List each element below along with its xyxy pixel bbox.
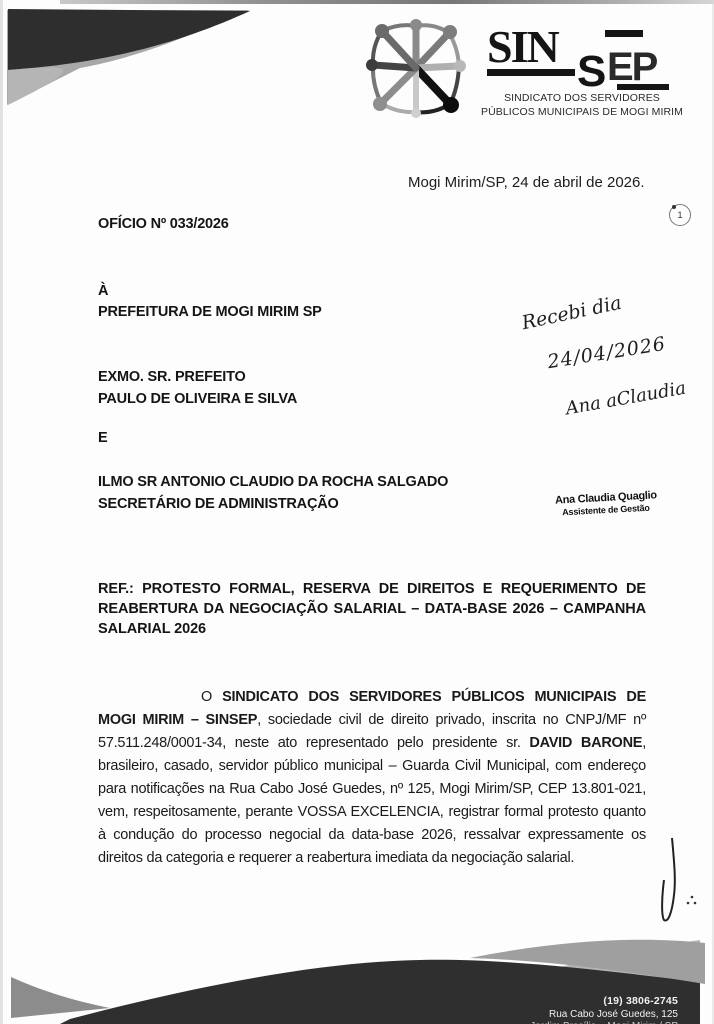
body-part-2: , brasileiro, casado, servidor público m… bbox=[98, 735, 646, 866]
svg-text:EP: EP bbox=[607, 45, 658, 89]
reference-line-3: SALARIAL 2026 bbox=[98, 619, 646, 639]
svg-text:S: S bbox=[577, 47, 605, 92]
handwritten-line-1: Recebi dia bbox=[520, 292, 624, 335]
brand-subtitle: SINDICATO DOS SERVIDORES PÚBLICOS MUNICI… bbox=[476, 91, 688, 119]
handwritten-signature: Ana aClaudia bbox=[564, 378, 687, 420]
header-corner-decoration bbox=[0, 0, 360, 140]
reference-line-1: REF.: PROTESTO FORMAL, RESERVA DE DIREIT… bbox=[98, 579, 646, 599]
conjunction: E bbox=[98, 430, 107, 446]
footer-contact-info: (19) 3806-2745 Rua Cabo José Guedes, 125… bbox=[530, 995, 678, 1024]
handwritten-receipt-note: Recebi dia 24/04/2026 Ana aClaudia bbox=[505, 290, 714, 440]
footer-address-line-1: Rua Cabo José Guedes, 125 bbox=[530, 1009, 678, 1020]
reference-line-2: REABERTURA DA NEGOCIAÇÃO SALARIAL – DATA… bbox=[98, 599, 646, 619]
handwritten-line-2: 24/04/2026 bbox=[546, 333, 667, 373]
brand-wordmark: SIN S EP bbox=[485, 22, 685, 92]
scan-edge-left bbox=[0, 0, 3, 1024]
to-prefix: À bbox=[98, 283, 108, 299]
oficio-number: OFÍCIO Nº 033/2026 bbox=[98, 216, 229, 232]
reference-subject: REF.: PROTESTO FORMAL, RESERVA DE DIREIT… bbox=[98, 579, 646, 639]
president-name: DAVID BARONE bbox=[529, 735, 642, 751]
body-lead: O bbox=[201, 689, 222, 705]
recipient-1-name: PAULO DE OLIVEIRA E SILVA bbox=[98, 391, 297, 407]
brand-name-part-1: SIN bbox=[487, 22, 559, 72]
recipient-2-title: SECRETÁRIO DE ADMINISTRAÇÃO bbox=[98, 496, 339, 512]
brand-subtitle-line-2: PÚBLICOS MUNICIPAIS DE MOGI MIRIM bbox=[476, 105, 688, 119]
receipt-stamp: Ana Claudia Quaglio Assistente de Gestão bbox=[555, 492, 657, 515]
recipient-2-name: ILMO SR ANTONIO CLAUDIO DA ROCHA SALGADO bbox=[98, 474, 448, 490]
date-line: Mogi Mirim/SP, 24 de abril de 2026. bbox=[408, 174, 645, 191]
recipient-organization: PREFEITURA DE MOGI MIRIM SP bbox=[98, 304, 322, 320]
people-circle-icon bbox=[366, 18, 466, 118]
brand-subtitle-line-1: SINDICATO DOS SERVIDORES bbox=[476, 91, 688, 105]
letter-body-paragraph: O SINDICATO DOS SERVIDORES PÚBLICOS MUNI… bbox=[98, 686, 646, 870]
letter-page: SIN S EP SINDICATO DOS SERVIDORES PÚBLIC… bbox=[0, 0, 714, 1024]
page-number-stamp: 1 bbox=[669, 204, 691, 226]
footer-phone: (19) 3806-2745 bbox=[530, 995, 678, 1007]
recipient-1-title: EXMO. SR. PREFEITO bbox=[98, 369, 246, 385]
